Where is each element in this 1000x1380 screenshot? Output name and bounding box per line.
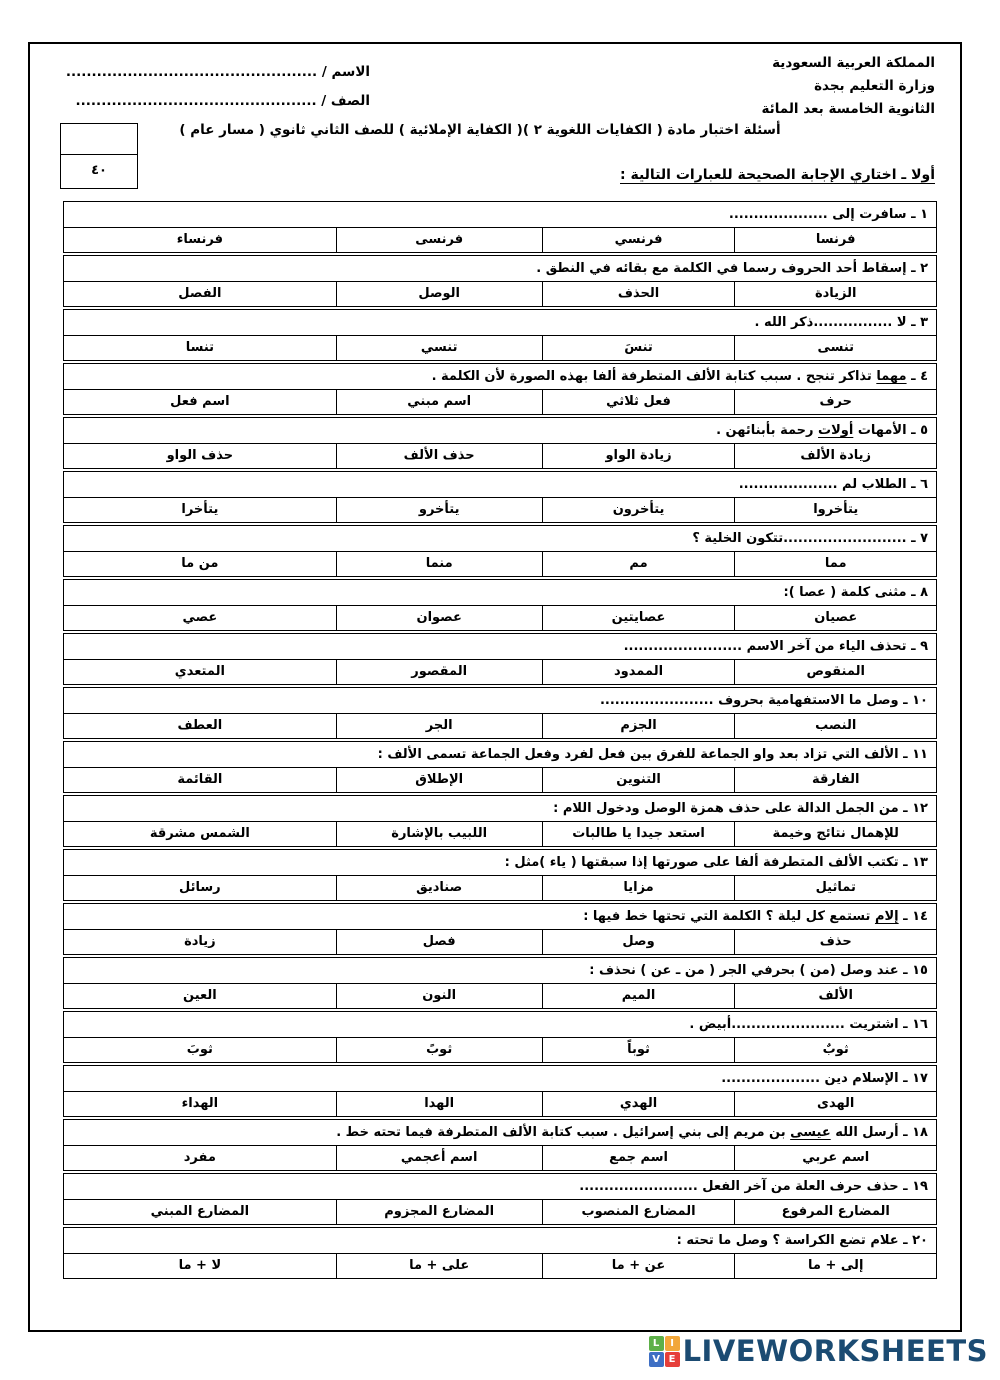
answer-option[interactable]: منما [336,552,542,576]
answer-option[interactable]: الزيادة [734,282,936,306]
answer-option[interactable]: ثوبَ [64,1038,336,1062]
question-text-segment: ١١ ـ الألف التي تزاد بعد واو الجماعة للف… [378,747,928,762]
answer-option[interactable]: مزايا [542,876,735,900]
question-text-segment: ١٩ ـ حذف حرف العلة من آخر الفعل ........… [579,1179,928,1194]
question-text-segment: ١٢ ـ من الجمل الدالة على حذف همزة الوصل … [553,801,928,816]
question-text: ١٦ ـ اشتريت .......................أبيض … [64,1012,936,1038]
answer-option[interactable]: الفارقة [734,768,936,792]
logo-tile-i: I [665,1336,680,1351]
question-block: ٦ ـ الطلاب لم ....................يتأخرو… [63,471,937,523]
options-row: للإهمال نتائج وخيمةاستعد جيدا يا طالباتا… [64,822,936,846]
answer-option[interactable]: صناديق [336,876,542,900]
answer-option[interactable]: المضارع المجزوم [336,1200,542,1224]
answer-option[interactable]: حذف الألف [336,444,542,468]
question-text: ١٧ ـ الإسلام دين .................... [64,1066,936,1092]
grade-box: ٤٠ [60,123,138,189]
options-row: الهدىالهديالهداالهداء [64,1092,936,1116]
question-block: ٢٠ ـ علام تضع الكراسة ؟ وصل ما تحته :إلى… [63,1227,937,1279]
answer-option[interactable]: المضارع المرفوع [734,1200,936,1224]
question-text: ١٢ ـ من الجمل الدالة على حذف همزة الوصل … [64,796,936,822]
question-text-segment: ٤ ـ [907,369,928,384]
liveworksheets-tiles-icon: LIVE [649,1336,680,1367]
question-block: ٣ ـ لا ................ذكر الله .تنسىتنس… [63,309,937,361]
answer-option[interactable]: الفصل [64,282,336,306]
answer-option[interactable]: لا + ما [64,1254,336,1278]
underlined-word: عيسى [790,1125,831,1140]
answer-option[interactable]: مم [542,552,735,576]
underlined-word: إلام [875,909,899,924]
answer-option[interactable]: استعد جيدا يا طالبات [542,822,735,846]
answer-option[interactable]: عصيان [734,606,936,630]
answer-option[interactable]: ثوبً [336,1038,542,1062]
answer-option[interactable]: فرنساء [64,228,336,252]
answer-option[interactable]: النصب [734,714,936,738]
answer-option[interactable]: المضارع المنصوب [542,1200,735,1224]
options-row: عصيانعصايتينعصوانعصي [64,606,936,630]
answer-option[interactable]: الممدود [542,660,735,684]
answer-option[interactable]: رسائل [64,876,336,900]
options-row: تماثيلمزاياصناديقرسائل [64,876,936,900]
answer-option[interactable]: تنسى [734,336,936,360]
liveworksheets-wordmark: LIVEWORKSHEETS [683,1334,988,1368]
question-text-segment: ٦ ـ الطلاب لم .................... [739,477,928,492]
answer-option[interactable]: العطف [64,714,336,738]
logo-tile-v: V [649,1352,664,1367]
answer-option[interactable]: عصوان [336,606,542,630]
answer-option[interactable]: النون [336,984,542,1008]
question-block: ٧ ـ .........................تتكون الخلي… [63,525,937,577]
question-block: ١٩ ـ حذف حرف العلة من آخر الفعل ........… [63,1173,937,1225]
answer-option[interactable]: فصل [336,930,542,954]
question-text-segment: ١٨ ـ أرسل الله [831,1125,928,1140]
grade-score-cell[interactable] [61,124,137,155]
grade-total-cell: ٤٠ [61,155,137,187]
answer-option[interactable]: فعل ثلاثي [542,390,735,414]
question-text-segment: ٥ ـ الأمهات [853,423,928,438]
answer-option[interactable]: الهداء [64,1092,336,1116]
answer-option[interactable]: للإهمال نتائج وخيمة [734,822,936,846]
answer-option[interactable]: يتأخرو [336,498,542,522]
question-text: ١٥ ـ عند وصل (من ) بحرفي الجر ( من ـ عن … [64,958,936,984]
options-row: ممامممنمامن ما [64,552,936,576]
question-block: ١ ـ سافرت إلى ....................فرنساف… [63,201,937,253]
question-block: ١٠ ـ وصل ما الاستفهامية بحروف ..........… [63,687,937,739]
question-text: ٣ ـ لا ................ذكر الله . [64,310,936,336]
answer-option[interactable]: على + ما [336,1254,542,1278]
answer-option[interactable]: زيادة الواو [542,444,735,468]
answer-option[interactable]: يتأخرا [64,498,336,522]
question-text-segment: بن مريم إلى بني إسرائيل . سبب كتابة الأل… [336,1125,790,1140]
question-text: ١٩ ـ حذف حرف العلة من آخر الفعل ........… [64,1174,936,1200]
question-text: ٧ ـ .........................تتكون الخلي… [64,526,936,552]
question-text-segment: ٣ ـ لا ................ذكر الله . [755,315,929,330]
options-row: النصبالجزمالجرالعطف [64,714,936,738]
question-text: ٥ ـ الأمهات أولات رحمة بأبنائهن . [64,418,936,444]
options-row: المضارع المرفوعالمضارع المنصوبالمضارع ال… [64,1200,936,1224]
questions-table: ١ ـ سافرت إلى ....................فرنساف… [63,201,937,1281]
question-text: ١٤ ـ إلام تستمع كل ليلة ؟ الكلمة التي تح… [64,904,936,930]
answer-option[interactable]: المتعدي [64,660,336,684]
question-block: ٢ ـ إسقاط أحد الحروف رسما في الكلمة مع ب… [63,255,937,307]
options-row: الفارقةالتنوينالإطلاقالقائمة [64,768,936,792]
options-row: تنسىتنسَتنسيتنسا [64,336,936,360]
answer-option[interactable]: الهدي [542,1092,735,1116]
answer-option[interactable]: الألف [734,984,936,1008]
question-block: ١٣ ـ تكتب الألف المتطرفة ألفا على صورتها… [63,849,937,901]
answer-option[interactable]: اسم جمع [542,1146,735,1170]
student-name-field[interactable]: الاسم / ................................… [65,58,370,87]
answer-option[interactable]: يتأخرون [542,498,735,522]
answer-option[interactable]: تنسي [336,336,542,360]
answer-option[interactable]: التنوين [542,768,735,792]
exam-title: أسئلة اختبار مادة ( الكفايات اللغوية ٢ )… [140,122,820,138]
question-block: ١٧ ـ الإسلام دين ....................اله… [63,1065,937,1117]
answer-option[interactable]: المقصور [336,660,542,684]
answer-option[interactable]: حرف [734,390,936,414]
question-block: ١٥ ـ عند وصل (من ) بحرفي الجر ( من ـ عن … [63,957,937,1009]
student-id-block: الاسم / ................................… [65,58,370,116]
answer-option[interactable]: الجزم [542,714,735,738]
answer-option[interactable]: اسم مبني [336,390,542,414]
gov-line-school: الثانوية الخامسة بعد المائة [515,98,935,121]
answer-option[interactable]: زيادة الألف [734,444,936,468]
answer-option[interactable]: اسم أعجمي [336,1146,542,1170]
answer-option[interactable]: فرنسي [542,228,735,252]
options-row: ثوبٌثوباًثوبًثوبَ [64,1038,936,1062]
question-text-segment: تستمع كل ليلة ؟ الكلمة التي تحتها خط فيه… [583,909,875,924]
answer-option[interactable]: المنقوص [734,660,936,684]
options-row: حذفوصلفصلزيادة [64,930,936,954]
answer-option[interactable]: القائمة [64,768,336,792]
question-text-segment: ١٦ ـ اشتريت .......................أبيض … [689,1017,928,1032]
logo-tile-l: L [649,1336,664,1351]
answer-option[interactable]: تنسا [64,336,336,360]
answer-option[interactable]: تماثيل [734,876,936,900]
question-text: ١٨ ـ أرسل الله عيسى بن مريم إلى بني إسرا… [64,1120,936,1146]
answer-option[interactable]: تنسَ [542,336,735,360]
question-block: ٩ ـ تحذف الياء من آخر الاسم ............… [63,633,937,685]
answer-option[interactable]: فرنسا [734,228,936,252]
liveworksheets-logo[interactable]: LIVE LIVEWORKSHEETS [649,1334,988,1368]
government-header: المملكة العربية السعودية وزارة التعليم ب… [515,52,935,121]
question-text: ٤ ـ مهما تذاكر تنجح . سبب كتابة الألف ال… [64,364,936,390]
question-block: ٨ ـ مثنى كلمة ( عصا ):عصيانعصايتينعصوانع… [63,579,937,631]
logo-tile-e: E [665,1352,680,1367]
question-block: ١٢ ـ من الجمل الدالة على حذف همزة الوصل … [63,795,937,847]
answer-option[interactable]: مما [734,552,936,576]
answer-option[interactable]: الشمس مشرقة [64,822,336,846]
answer-option[interactable]: ثوباً [542,1038,735,1062]
question-text: ٢٠ ـ علام تضع الكراسة ؟ وصل ما تحته : [64,1228,936,1254]
answer-option[interactable]: العين [64,984,336,1008]
answer-option[interactable]: من ما [64,552,336,576]
question-text-segment: ١٥ ـ عند وصل (من ) بحرفي الجر ( من ـ عن … [589,963,928,978]
question-text-segment: ١٣ ـ تكتب الألف المتطرفة ألفا على صورتها… [505,855,928,870]
answer-option[interactable]: حذف [734,930,936,954]
question-text-segment: ٢ ـ إسقاط أحد الحروف رسما في الكلمة مع ب… [536,261,928,276]
underlined-word: أولات [818,423,853,438]
gov-line-country: المملكة العربية السعودية [515,52,935,75]
underlined-word: مهما [876,369,906,384]
answer-option[interactable]: الميم [542,984,735,1008]
answer-option[interactable]: عصي [64,606,336,630]
question-text-segment: ١٠ ـ وصل ما الاستفهامية بحروف ..........… [600,693,928,708]
question-text: ٩ ـ تحذف الياء من آخر الاسم ............… [64,634,936,660]
question-block: ١٤ ـ إلام تستمع كل ليلة ؟ الكلمة التي تح… [63,903,937,955]
answer-option[interactable]: وصل [542,930,735,954]
question-text-segment: تذاكر تنجح . سبب كتابة الألف المتطرفة أل… [432,369,877,384]
question-block: ١٦ ـ اشتريت .......................أبيض … [63,1011,937,1063]
options-row: حرففعل ثلاثياسم مبنياسم فعل [64,390,936,414]
question-text-segment: ٢٠ ـ علام تضع الكراسة ؟ وصل ما تحته : [677,1233,928,1248]
student-class-field[interactable]: الصف / .................................… [65,87,370,116]
question-block: ٤ ـ مهما تذاكر تنجح . سبب كتابة الألف ال… [63,363,937,415]
answer-option[interactable]: الإطلاق [336,768,542,792]
options-row: يتأخروايتأخرونيتأخرويتأخرا [64,498,936,522]
question-block: ١٨ ـ أرسل الله عيسى بن مريم إلى بني إسرا… [63,1119,937,1171]
question-text: ٨ ـ مثنى كلمة ( عصا ): [64,580,936,606]
options-row: اسم عربياسم جمعاسم أعجميمفرد [64,1146,936,1170]
options-row: إلى + ماعن + ماعلى + مالا + ما [64,1254,936,1278]
question-text-segment: ١٤ ـ [899,909,928,924]
answer-option[interactable]: يتأخروا [734,498,936,522]
options-row: فرنسافرنسيفرنسىفرنساء [64,228,936,252]
gov-line-ministry: وزارة التعليم بجدة [515,75,935,98]
answer-option[interactable]: الهدى [734,1092,936,1116]
answer-option[interactable]: الهدا [336,1092,542,1116]
answer-option[interactable]: إلى + ما [734,1254,936,1278]
answer-option[interactable]: اللبيب بالإشارة [336,822,542,846]
question-text-segment: ١٧ ـ الإسلام دين .................... [721,1071,928,1086]
question-text: ١٣ ـ تكتب الألف المتطرفة ألفا على صورتها… [64,850,936,876]
question-text: ١١ ـ الألف التي تزاد بعد واو الجماعة للف… [64,742,936,768]
answer-option[interactable]: ثوبٌ [734,1038,936,1062]
options-row: الألفالميمالنونالعين [64,984,936,1008]
question-text-segment: ٩ ـ تحذف الياء من آخر الاسم ............… [624,639,928,654]
answer-option[interactable]: الوصل [336,282,542,306]
answer-option[interactable]: عصايتين [542,606,735,630]
question-text: ١ ـ سافرت إلى .................... [64,202,936,228]
answer-option[interactable]: حذف الواو [64,444,336,468]
answer-option[interactable]: عن + ما [542,1254,735,1278]
question-block: ٥ ـ الأمهات أولات رحمة بأبنائهن .زيادة ا… [63,417,937,469]
answer-option[interactable]: اسم فعل [64,390,336,414]
question-text: ١٠ ـ وصل ما الاستفهامية بحروف ..........… [64,688,936,714]
question-text-segment: ٨ ـ مثنى كلمة ( عصا ): [784,585,928,600]
question-text: ٦ ـ الطلاب لم .................... [64,472,936,498]
question-block: ١١ ـ الألف التي تزاد بعد واو الجماعة للف… [63,741,937,793]
answer-option[interactable]: زيادة [64,930,336,954]
options-row: زيادة الألفزيادة الواوحذف الألفحذف الواو [64,444,936,468]
answer-option[interactable]: المضارع المبني [64,1200,336,1224]
answer-option[interactable]: الجر [336,714,542,738]
options-row: الزيادةالحذفالوصلالفصل [64,282,936,306]
answer-option[interactable]: مفرد [64,1146,336,1170]
question-text: ٢ ـ إسقاط أحد الحروف رسما في الكلمة مع ب… [64,256,936,282]
question-text-segment: ١ ـ سافرت إلى .................... [729,207,928,222]
answer-option[interactable]: فرنسى [336,228,542,252]
question-text-segment: ٧ ـ .........................تتكون الخلي… [692,531,928,546]
answer-option[interactable]: الحذف [542,282,735,306]
options-row: المنقوصالممدودالمقصورالمتعدي [64,660,936,684]
answer-option[interactable]: اسم عربي [734,1146,936,1170]
section-heading: أولا ـ اختاري الإجابة الصحيحة للعبارات ا… [620,167,935,183]
question-text-segment: رحمة بأبنائهن . [716,423,818,438]
